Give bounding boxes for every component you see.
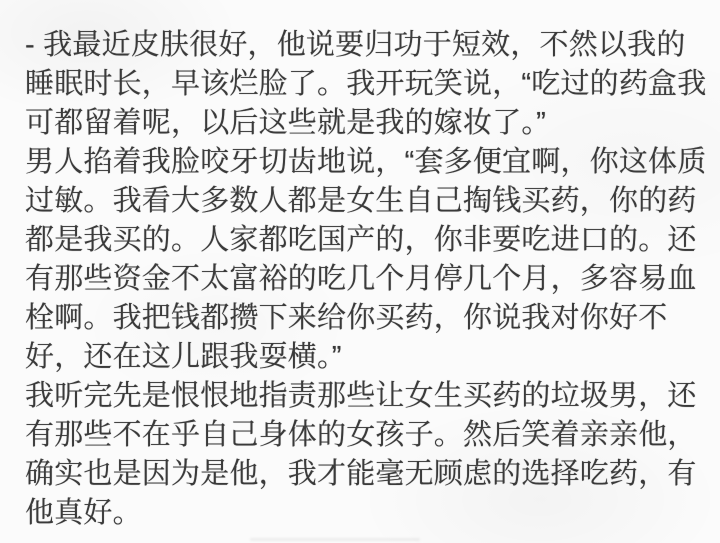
text-line: 睡眠时长，早该烂脸了。我开玩笑说，“吃过的药盒我 [25,65,698,104]
post-text-body: - 我最近皮肤很好，他说要归功于短效，不然以我的睡眠时长，早该烂脸了。我开玩笑说… [25,26,698,533]
text-line: - 我最近皮肤很好，他说要归功于短效，不然以我的 [25,26,698,65]
text-line: 确实也是因为是他，我才能毫无顾虑的选择吃药，有 [25,455,698,494]
text-line: 他真好。 [25,494,698,533]
text-line: 都是我买的。人家都吃国产的，你非要吃进口的。还 [25,221,698,260]
text-line: 我听完先是恨恨地指责那些让女生买药的垃圾男，还 [25,377,698,416]
text-line: 可都留着呢，以后这些就是我的嫁妆了。” [25,104,698,143]
text-line: 有那些不在乎自己身体的女孩子。然后笑着亲亲他， [25,416,698,455]
cut-off-next-line-artifact [250,538,420,541]
text-line: 有那些资金不太富裕的吃几个月停几个月，多容易血 [25,260,698,299]
text-screenshot-page: - 我最近皮肤很好，他说要归功于短效，不然以我的睡眠时长，早该烂脸了。我开玩笑说… [0,0,720,543]
text-line: 男人掐着我脸咬牙切齿地说，“套多便宜啊，你这体质 [25,143,698,182]
text-line: 好，还在这儿跟我耍横。” [25,338,698,377]
text-line: 栓啊。我把钱都攒下来给你买药，你说我对你好不 [25,299,698,338]
text-line: 过敏。我看大多数人都是女生自己掏钱买药，你的药 [25,182,698,221]
